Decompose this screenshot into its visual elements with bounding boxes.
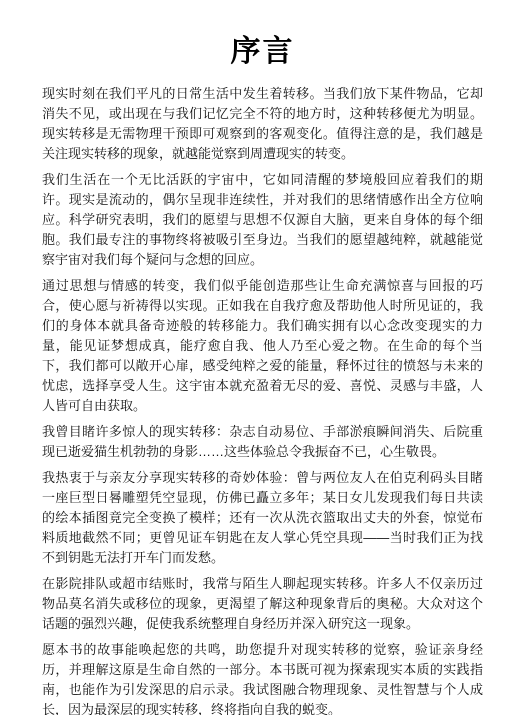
- paragraph: 愿本书的故事能唤起您的共鸣，助您提升对现实转移的觉察，验证亲身经历，并理解这原是…: [42, 640, 483, 715]
- preface-body-text: 现实时刻在我们平凡的日常生活中发生着转移。当我们放下某件物品，它却消失不见，或出…: [0, 84, 525, 715]
- paragraph: 在影院排队或超市结账时，我常与陌生人聊起现实转移。许多人不仅亲历过物品莫名消失或…: [42, 574, 483, 634]
- page-title: 序言: [0, 34, 525, 70]
- paragraph: 我们生活在一个无比活跃的宇宙中，它如同清醒的梦境般回应着我们的期许。现实是流动的…: [42, 170, 483, 270]
- paragraph: 我曾目睹许多惊人的现实转移：杂志自动易位、手部淤痕瞬间消失、后院重现已逝爱猫生机…: [42, 422, 483, 462]
- preface-page: 序言 现实时刻在我们平凡的日常生活中发生着转移。当我们放下某件物品，它却消失不见…: [0, 0, 525, 715]
- paragraph: 现实时刻在我们平凡的日常生活中发生着转移。当我们放下某件物品，它却消失不见，或出…: [42, 84, 483, 164]
- paragraph: 通过思想与情感的转变，我们似乎能创造那些让生命充满惊喜与回报的巧合，使心愿与祈祷…: [42, 276, 483, 416]
- paragraph: 我热衷于与亲友分享现实转移的奇妙体验：曾与两位友人在伯克利码头目睹一座巨型日晷雕…: [42, 468, 483, 568]
